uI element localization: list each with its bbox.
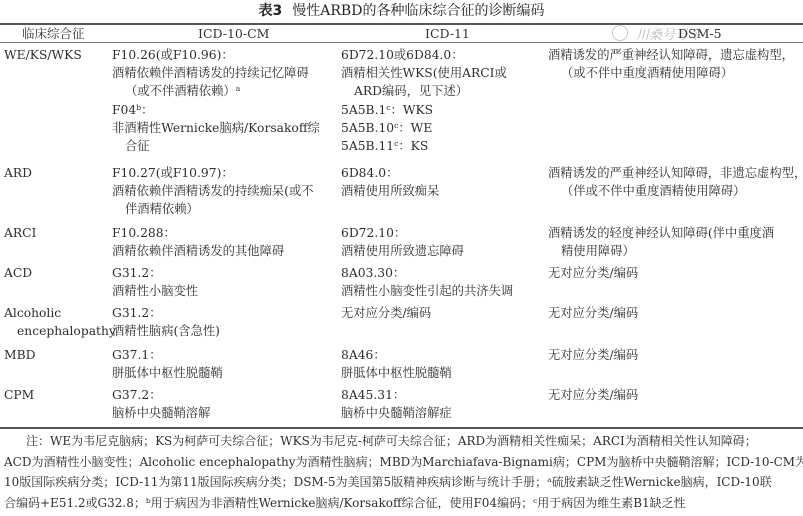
table-row-dsm5: 酒精诱发的严重神经认知障碍，非遗忘虚构型， （伴或不伴中重度酒精使用障碍） bbox=[548, 164, 803, 200]
table-row-icd11: 8A03.30： 酒精性小脑变性引起的共济失调 bbox=[341, 264, 513, 300]
table-row-syndrome: Alcoholic encephalopathy bbox=[4, 304, 116, 340]
table-row-icd10: G31.2： 酒精性脑病(含急性) bbox=[112, 304, 220, 340]
table-row-dsm5: 无对应分类/编码 bbox=[548, 304, 638, 322]
table-row-dsm5: 无对应分类/编码 bbox=[548, 386, 638, 404]
top-rule bbox=[0, 23, 803, 25]
table-row-syndrome: ARCI bbox=[4, 224, 36, 242]
table-row-syndrome: ARD bbox=[4, 164, 32, 182]
table-row-icd10: F10.288： 酒精依赖伴酒精诱发的其他障碍 bbox=[112, 224, 284, 260]
table-row-dsm5: 酒精诱发的轻度神经认知障碍(伴中重度酒 精使用障碍） bbox=[548, 224, 774, 260]
table-row-dsm5: 无对应分类/编码 bbox=[548, 346, 638, 364]
table-title: 慢性ARBD的各种临床综合征的诊断编码 bbox=[292, 3, 544, 19]
header-icd11: ICD-11 bbox=[425, 26, 470, 42]
table-number: 表3 bbox=[259, 3, 283, 19]
table-row-icd11: 8A45.31： 脑桥中央髓鞘溶解症 bbox=[341, 386, 452, 422]
table-row-icd11: 无对应分类/编码 bbox=[341, 304, 431, 322]
bottom-rule bbox=[0, 427, 803, 429]
table-row-icd10: F10.27(或F10.97)： 酒精依赖伴酒精诱发的持续痴呆(或不 伴酒精依赖… bbox=[112, 164, 314, 219]
table-row-icd10: G37.2： 脑桥中央髓鞘溶解 bbox=[112, 386, 210, 422]
table-row-icd11: 8A46： 胼胝体中枢性脱髓鞘 bbox=[341, 346, 452, 382]
table-row-syndrome: ACD bbox=[4, 264, 32, 282]
table-row-icd10: G31.2： 酒精性小脑变性 bbox=[112, 264, 198, 300]
table-footnote: 注：WE为韦尼克脑病；KS为柯萨可夫综合征；WKS为韦尼克-柯萨可夫综合征；AR… bbox=[4, 431, 800, 513]
table-caption: 表3慢性ARBD的各种临床综合征的诊断编码 bbox=[0, 2, 803, 20]
watermark-logo-icon bbox=[612, 25, 628, 41]
header-rule bbox=[0, 42, 803, 43]
table-row-syndrome: MBD bbox=[4, 346, 36, 364]
table-row-dsm5: 无对应分类/编码 bbox=[548, 264, 638, 282]
table-row-icd11: 6D72.10： 酒精使用所致遗忘障碍 bbox=[341, 224, 464, 260]
table-row-icd11: 6D84.0： 酒精使用所致痴呆 bbox=[341, 164, 439, 200]
header-dsm5: DSM-5 bbox=[678, 26, 722, 42]
table-row-syndrome: WE/KS/WKS bbox=[4, 46, 82, 64]
header-icd10: ICD-10-CM bbox=[198, 26, 269, 42]
table-row-icd10: F10.26(或F10.96)： 酒精依赖伴酒精诱发的持续记忆障碍 （或不伴酒精… bbox=[112, 46, 320, 155]
table-row-syndrome: CPM bbox=[4, 386, 34, 404]
header-syndrome: 临床综合征 bbox=[22, 26, 85, 42]
table-row-icd11: 6D72.10或6D84.0： 酒精相关性WKS(使用ARCI或 ARD编码，见… bbox=[341, 46, 507, 155]
table-row-dsm5: 酒精诱发的严重神经认知障碍，遗忘虚构型， （或不伴中重度酒精使用障碍） bbox=[548, 46, 794, 82]
table-row-icd10: G37.1： 胼胝体中枢性脱髓鞘 bbox=[112, 346, 223, 382]
